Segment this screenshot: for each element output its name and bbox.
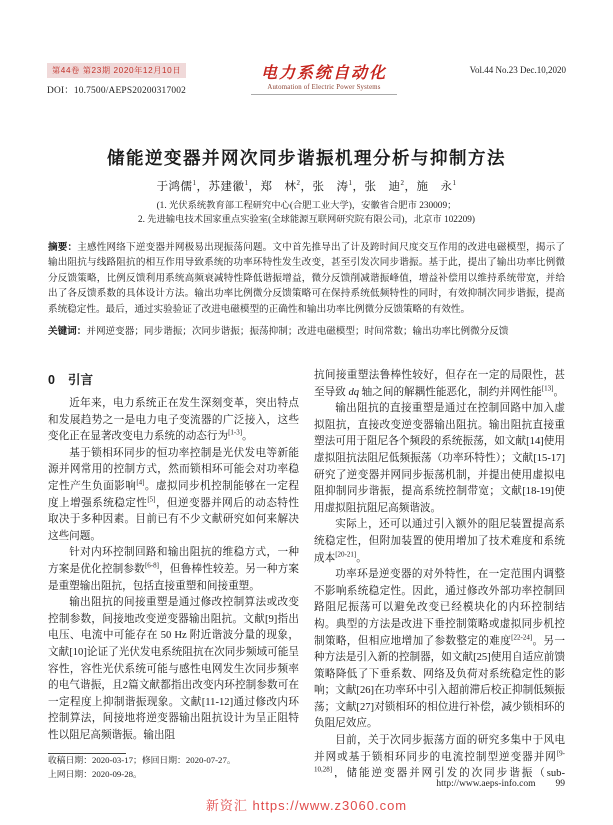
abstract-text: 主感性网络下逆变器并网极易出现振荡问题。文中首先推导出了计及跨时间尺度交互作用的… bbox=[48, 242, 565, 315]
journal-url: http://www.aeps-info.com bbox=[436, 779, 535, 789]
paragraph: 针对内环控制回路和输出阻抗的维稳方式，一种方案是优化控制参数[6-8]，但鲁棒性… bbox=[48, 545, 299, 595]
doi: DOI：10.7500/AEPS20200317002 bbox=[47, 82, 242, 96]
paragraph: 抗间接重塑法鲁棒性较好，但存在一定的局限性，甚至导致 dq 轴之间的解耦性能恶化… bbox=[314, 368, 565, 401]
journal-name-cn: 电力系统自动化 bbox=[261, 60, 387, 83]
watermark-link: 新资汇 https://www.z3060.com bbox=[0, 795, 613, 814]
journal-name-en: Automation of Electric Power Systems bbox=[261, 84, 387, 91]
authors: 于鸿儒1，苏建徽1，郑 林2，张 涛1，张 迪2，施 永1 bbox=[0, 178, 613, 194]
right-column-text: 抗间接重塑法鲁棒性较好，但存在一定的局限性，甚至导致 dq 轴之间的解耦性能恶化… bbox=[314, 368, 565, 778]
paragraph: 实际上，还可以通过引入额外的阻尼装置提高系统稳定性，但附加装置的使用增加了技术难… bbox=[314, 517, 565, 567]
footnote-line: 上网日期：2020-09-28。 bbox=[48, 768, 299, 778]
paragraph: 输出阻抗的直接重塑是通过在控制回路中加入虚拟阻抗，直接改变逆变器输出阻抗。输出阻… bbox=[314, 401, 565, 517]
footnote: 收稿日期：2020-03-17；修回日期：2020-07-27。 上网日期：20… bbox=[48, 753, 299, 778]
body-columns: 0引言 近年来，电力系统正在发生深刻变革，突出特点和发展趋势之一是电力电子变流器… bbox=[48, 368, 565, 778]
page-footer: http://www.aeps-info.com99 bbox=[436, 779, 565, 789]
page-number: 99 bbox=[556, 779, 566, 789]
keywords-text: 并网逆变器；同步谐振；次同步谐振；振荡抑制；改进电磁模型；时间常数；输出功率比例… bbox=[86, 326, 508, 337]
abstract-label: 摘要： bbox=[48, 242, 77, 253]
header-left: 第44卷 第23期 2020年12月10日 DOI：10.7500/AEPS20… bbox=[47, 60, 242, 96]
affiliation-line: (1. 光伏系统教育部工程研究中心(合肥工业大学)，安徽省合肥市 230009； bbox=[0, 199, 613, 213]
left-column-text: 近年来，电力系统正在发生深刻变革，突出特点和发展趋势之一是电力电子变流器的广泛接… bbox=[48, 396, 299, 744]
abstract: 摘要：主感性网络下逆变器并网极易出现振荡问题。文中首先推导出了计及跨时间尺度交互… bbox=[48, 240, 565, 317]
paragraph: 功率环是逆变器的对外特性，在一定范围内调整不影响系统稳定性。因此，通过修改外部功… bbox=[314, 567, 565, 733]
right-column: 抗间接重塑法鲁棒性较好，但存在一定的局限性，甚至导致 dq 轴之间的解耦性能恶化… bbox=[314, 368, 565, 778]
paragraph: 近年来，电力系统正在发生深刻变革，突出特点和发展趋势之一是电力电子变流器的广泛接… bbox=[48, 396, 299, 446]
journal-header: 第44卷 第23期 2020年12月10日 DOI：10.7500/AEPS20… bbox=[47, 60, 566, 96]
paper-page: 第44卷 第23期 2020年12月10日 DOI：10.7500/AEPS20… bbox=[0, 0, 613, 825]
affiliations: (1. 光伏系统教育部工程研究中心(合肥工业大学)，安徽省合肥市 230009；… bbox=[0, 199, 613, 227]
affiliation-line: 2. 先进输电技术国家重点实验室(全球能源互联网研究院有限公司)，北京市 102… bbox=[0, 213, 613, 227]
section-heading-introduction: 0引言 bbox=[48, 370, 299, 388]
paragraph: 目前，关于次同步振荡方面的研究多集中于风电并网或基于锁相环同步的电流控制型逆变器… bbox=[314, 733, 565, 778]
footnote-line: 收稿日期：2020-03-17；修回日期：2020-07-27。 bbox=[48, 754, 299, 768]
section-title: 引言 bbox=[68, 373, 93, 387]
page-title: 储能逆变器并网次同步谐振机理分析与抑制方法 bbox=[0, 145, 613, 170]
keywords: 关键词：并网逆变器；同步谐振；次同步谐振；振荡抑制；改进电磁模型；时间常数；输出… bbox=[48, 324, 565, 339]
abstract-keywords: 摘要：主感性网络下逆变器并网极易出现振荡问题。文中首先推导出了计及跨时间尺度交互… bbox=[48, 240, 565, 339]
left-column: 0引言 近年来，电力系统正在发生深刻变革，突出特点和发展趋势之一是电力电子变流器… bbox=[48, 368, 299, 778]
section-number: 0 bbox=[48, 373, 55, 387]
volume-info: Vol.44 No.23 Dec.10,2020 bbox=[406, 60, 566, 75]
paragraph: 基于锁相环同步的恒功率控制是光伏发电等新能源并网常用的控制方式，然而锁相环可能会… bbox=[48, 446, 299, 546]
journal-logo: 电力系统自动化 Automation of Electric Power Sys… bbox=[251, 60, 397, 95]
keywords-label: 关键词： bbox=[48, 326, 86, 337]
paragraph: 输出阻抗的间接重塑是通过修改控制算法或改变控制参数，间接地改变逆变器输出阻抗。文… bbox=[48, 595, 299, 744]
issue-date-badge: 第44卷 第23期 2020年12月10日 bbox=[47, 63, 186, 78]
